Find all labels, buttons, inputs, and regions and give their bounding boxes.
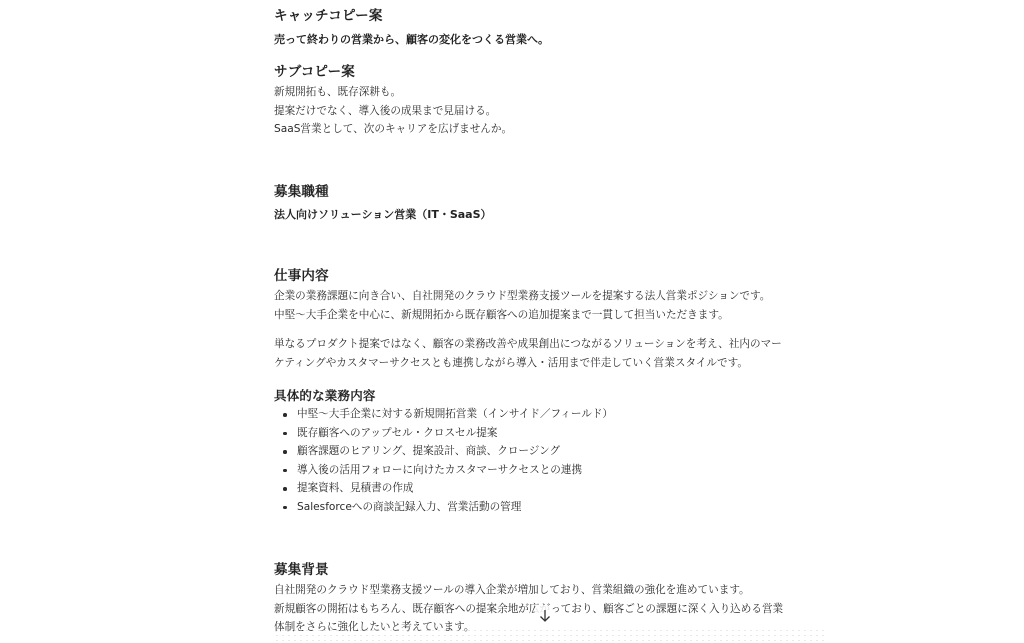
heading-duties: 具体的な業務内容	[274, 386, 376, 404]
list-item: 提案資料、見積書の作成	[274, 479, 613, 498]
scroll-to-bottom-button[interactable]	[534, 605, 556, 627]
heading-background: 募集背景	[274, 558, 329, 578]
paragraph-line: 単なるプロダクト提案ではなく、顧客の業務改善や成果創出につながるソリューションを…	[274, 335, 782, 354]
list-item: 顧客課題のヒアリング、提案設計、商談、クロージング	[274, 442, 613, 461]
catch-copy-text: 売って終わりの営業から、顧客の変化をつくる営業へ。	[274, 31, 549, 47]
list-item: Salesforceへの商談記録入力、営業活動の管理	[274, 498, 613, 517]
heading-job-description: 仕事内容	[274, 264, 329, 284]
paragraph-line: 自社開発のクラウド型業務支援ツールの導入企業が増加しており、営業組織の強化を進め…	[274, 581, 783, 600]
paragraph-line: 新規顧客の開拓はもちろん、既存顧客への提案余地が広がっており、顧客ごとの課題に深…	[274, 600, 783, 619]
arrow-down-icon	[539, 609, 551, 623]
list-item: 導入後の活用フォローに向けたカスタマーサクセスとの連携	[274, 461, 613, 480]
job-description-paragraph-2: 単なるプロダクト提案ではなく、顧客の業務改善や成果創出につながるソリューションを…	[274, 335, 782, 372]
sub-copy-line: 新規開拓も、既存深耕も。	[274, 83, 512, 102]
heading-position: 募集職種	[274, 180, 329, 200]
job-description-paragraph-1: 企業の業務課題に向き合い、自社開発のクラウド型業務支援ツールを提案する法人営業ポ…	[274, 287, 770, 324]
list-item: 中堅〜大手企業に対する新規開拓営業（インサイド／フィールド）	[274, 405, 613, 424]
duties-list: 中堅〜大手企業に対する新規開拓営業（インサイド／フィールド） 既存顧客へのアップ…	[274, 405, 613, 516]
heading-catch-copy: キャッチコピー案	[274, 4, 383, 24]
sub-copy-line: 提案だけでなく、導入後の成果まで見届ける。	[274, 102, 512, 121]
list-item: 既存顧客へのアップセル・クロスセル提案	[274, 424, 613, 443]
sub-copy-line: SaaS営業として、次のキャリアを広げませんか。	[274, 120, 512, 139]
position-text: 法人向けソリューション営業（IT・SaaS）	[274, 206, 492, 222]
paragraph-line: ケティングやカスタマーサクセスとも連携しながら導入・活用まで伴走していく営業スタ…	[274, 354, 782, 373]
paragraph-line: 企業の業務課題に向き合い、自社開発のクラウド型業務支援ツールを提案する法人営業ポ…	[274, 287, 770, 306]
bottom-fade-overlay	[274, 628, 824, 643]
sub-copy-paragraph: 新規開拓も、既存深耕も。 提案だけでなく、導入後の成果まで見届ける。 SaaS営…	[274, 83, 512, 139]
heading-sub-copy: サブコピー案	[274, 60, 355, 80]
paragraph-line: 中堅〜大手企業を中心に、新規開拓から既存顧客への追加提案まで一貫して担当いただき…	[274, 306, 770, 325]
